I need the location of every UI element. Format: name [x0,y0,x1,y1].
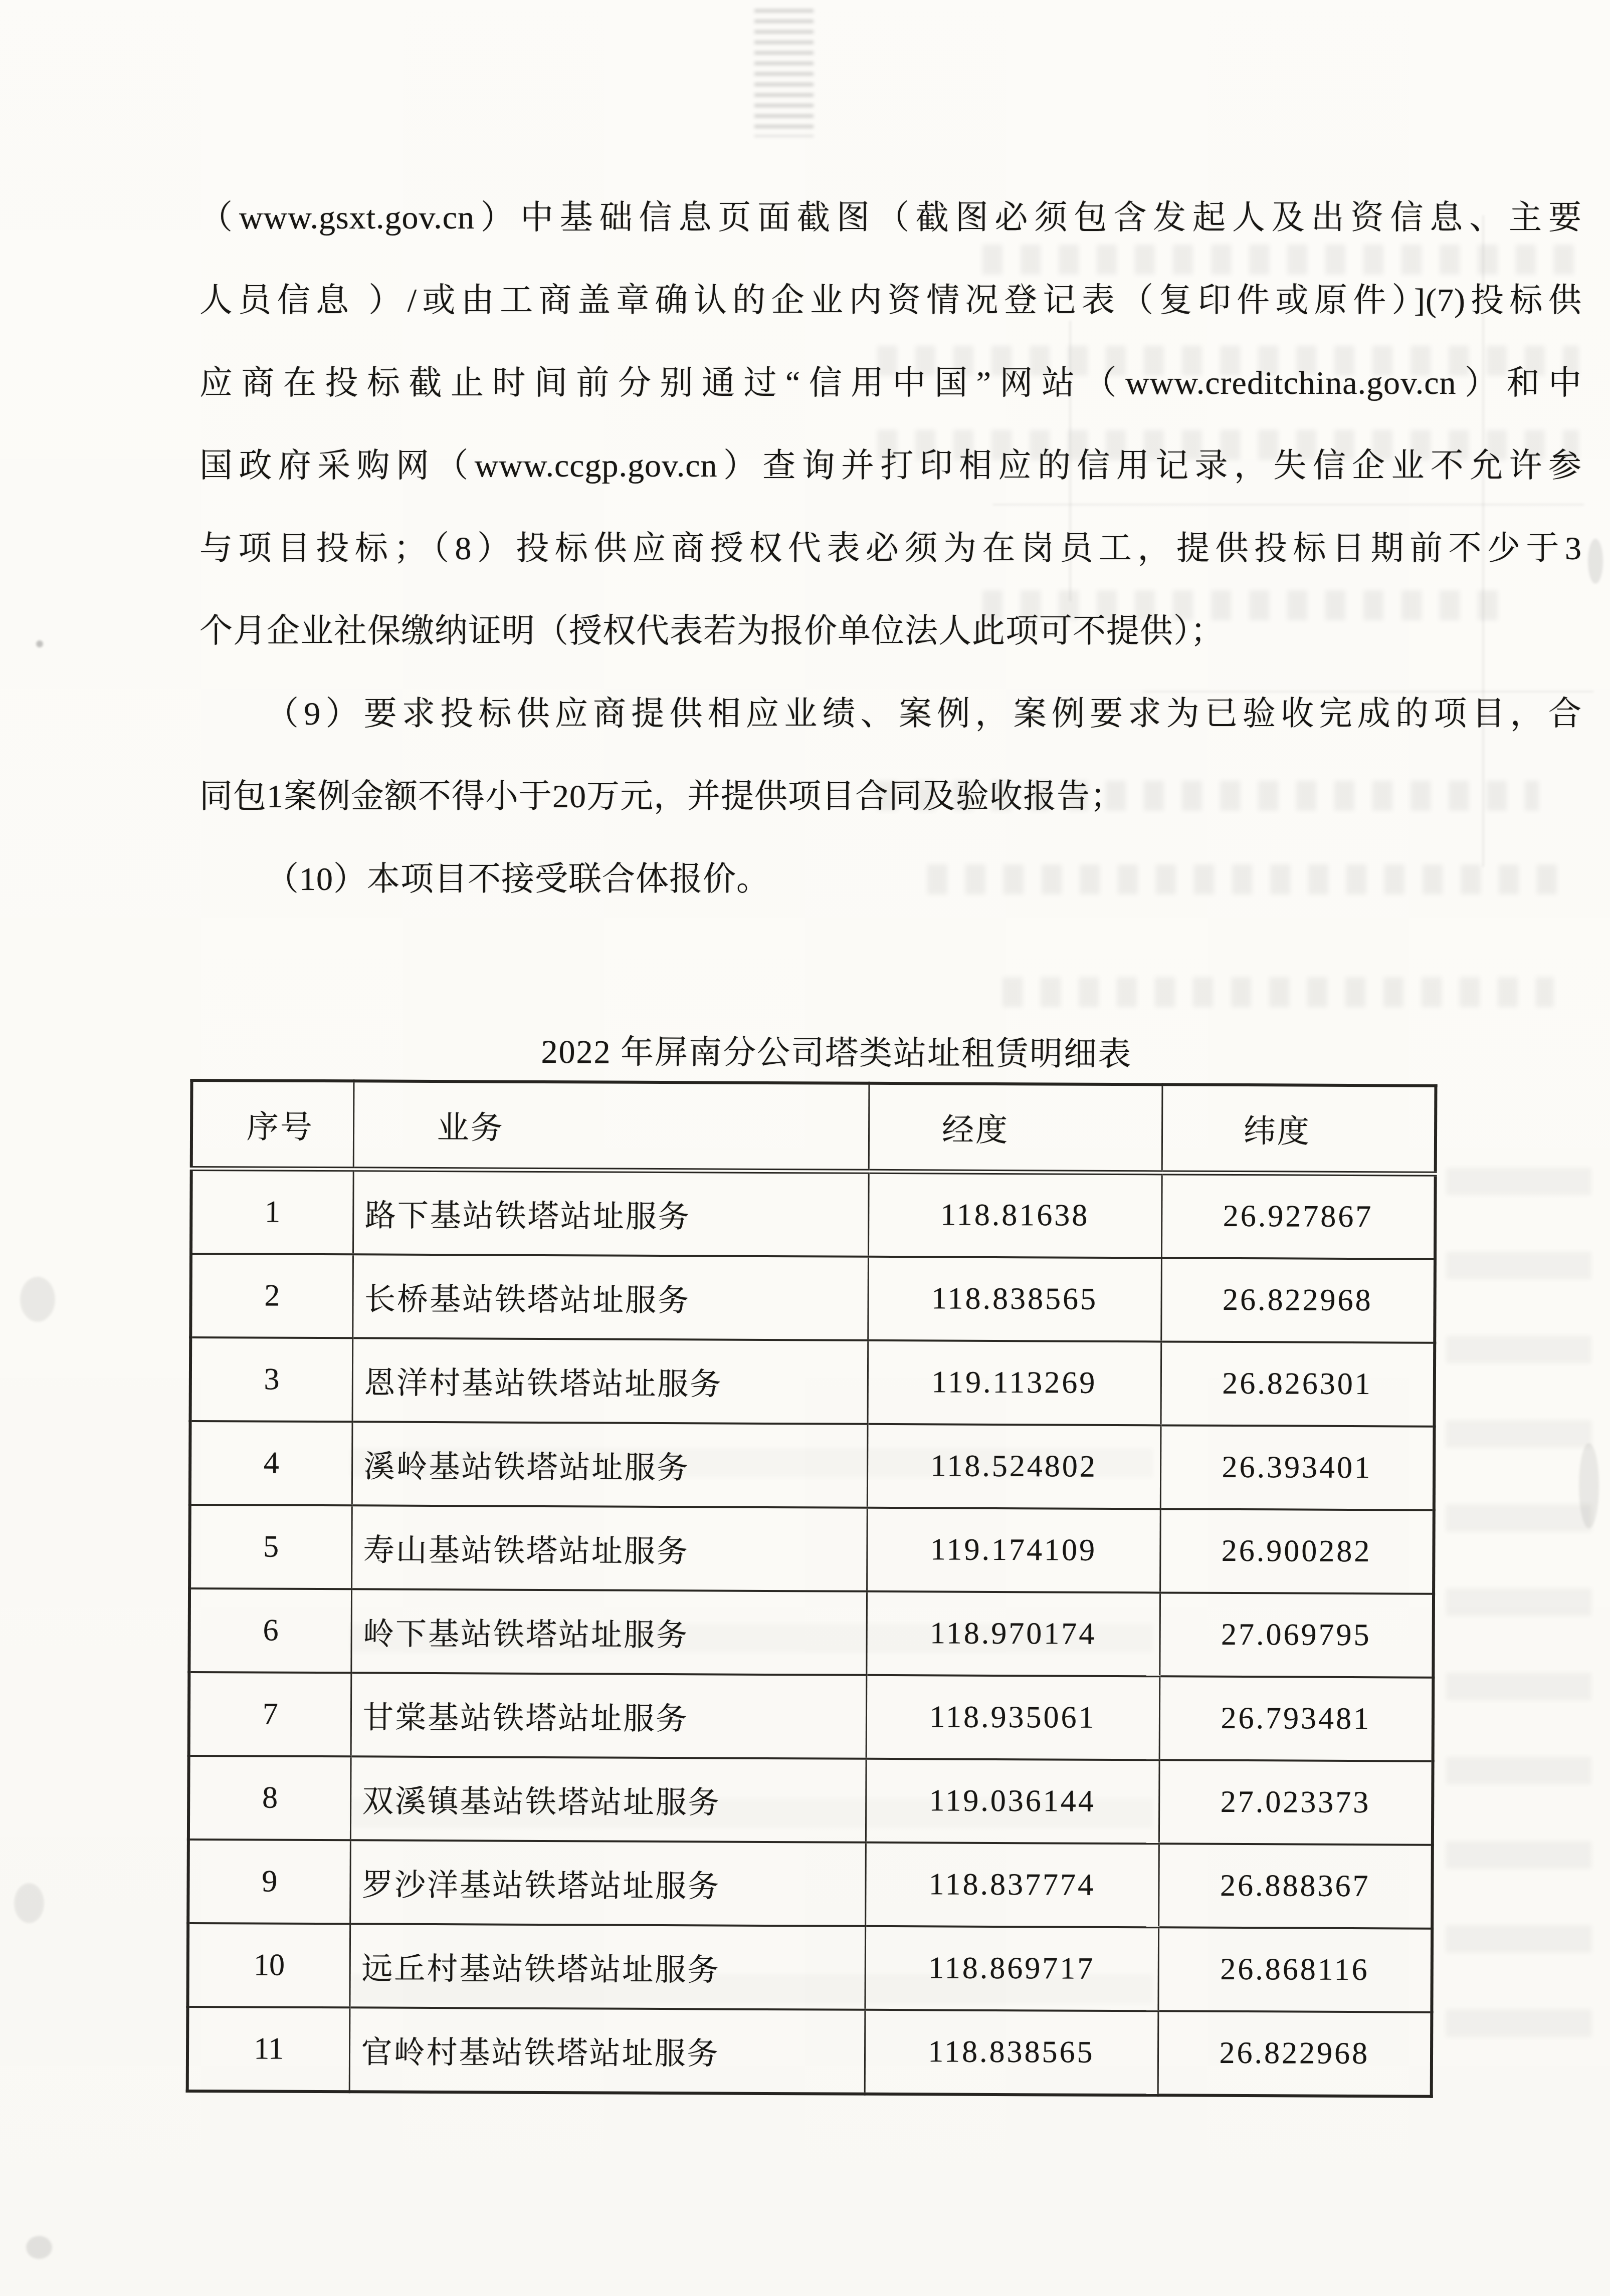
cell-longitude: 118.81638 [868,1172,1162,1258]
text-line-1: （www.gsxt.gov.cn）中基础信息页面截图（截图必须包含发起人及出资信… [199,176,1582,259]
cell-seq: 11 [187,2007,350,2092]
cell-longitude: 118.970174 [866,1591,1160,1677]
table-row: 9 罗沙洋基站铁塔站址服务 118.837774 26.888367 [188,1840,1433,1929]
scan-speck [36,640,43,647]
text-line-8: 同包1案例金额不得小于20万元，并提供项目合同及验收报告； [199,755,1582,838]
tower-site-table: 序号 业务 经度 纬度 1 路下基站铁塔站址服务 118.81638 26.92… [186,1079,1438,2098]
cell-longitude: 119.113269 [868,1340,1161,1426]
cell-longitude: 118.838565 [865,2010,1158,2096]
cell-seq: 3 [190,1337,353,1422]
col-header-seq: 序号 [191,1080,354,1169]
cell-seq: 8 [188,1756,351,1840]
col-header-longitude: 经度 [869,1083,1162,1173]
table-row: 4 溪岭基站铁塔站址服务 118.524802 26.393401 [190,1421,1435,1510]
cell-longitude: 118.838565 [868,1257,1161,1342]
cell-seq: 5 [189,1505,352,1589]
cell-latitude: 26.888367 [1158,1844,1433,1928]
scanned-document-page: （www.gsxt.gov.cn）中基础信息页面截图（截图必须包含发起人及出资信… [0,0,1610,2296]
table-title: 2022 年屏南分公司塔类站址租赁明细表 [215,1023,1459,1084]
cell-business: 岭下基站铁塔站址服务 [351,1589,867,1675]
cell-business: 恩洋村基站铁塔站址服务 [352,1338,868,1424]
cell-latitude: 26.868116 [1158,1927,1432,2012]
cell-latitude: 26.927867 [1161,1173,1436,1259]
table-row: 3 恩洋村基站铁塔站址服务 119.113269 26.826301 [190,1337,1435,1427]
cell-latitude: 26.822968 [1158,2011,1432,2096]
text-line-3: 应商在投标截止时间前分别通过“信用中国”网站（www.creditchina.g… [199,342,1582,424]
cell-business: 甘棠基站铁塔站址服务 [351,1673,867,1758]
cell-business: 路下基站铁塔站址服务 [353,1169,869,1256]
col-header-latitude: 纬度 [1162,1084,1436,1174]
text-line-7: （9）要求投标供应商提供相应业绩、案例，案例要求为已验收完成的项目，合 [199,672,1582,755]
cell-seq: 7 [189,1672,351,1756]
scan-speck [14,1883,44,1923]
cell-longitude: 118.935061 [866,1675,1160,1760]
table-row: 5 寿山基站铁塔站址服务 119.174109 26.900282 [189,1505,1434,1594]
table-row: 10 远丘村基站铁塔站址服务 118.869717 26.868116 [187,1923,1432,2012]
cell-business: 溪岭基站铁塔站址服务 [352,1422,868,1507]
cell-latitude: 27.069795 [1159,1592,1434,1677]
scan-speck [1588,539,1603,584]
cell-latitude: 26.393401 [1160,1425,1435,1510]
cell-latitude: 26.793481 [1159,1676,1434,1761]
cell-seq: 6 [189,1588,351,1673]
bleed-through-right-of-table [1446,1168,1591,2070]
cell-longitude: 119.174109 [867,1508,1160,1593]
table-row: 1 路下基站铁塔站址服务 118.81638 26.927867 [191,1169,1436,1259]
cell-business: 罗沙洋基站铁塔站址服务 [350,1840,866,1926]
cell-longitude: 118.524802 [867,1424,1161,1509]
cell-longitude: 118.869717 [865,1926,1158,2011]
cell-latitude: 26.900282 [1160,1509,1434,1593]
table-row: 7 甘棠基站铁塔站址服务 118.935061 26.793481 [189,1672,1434,1761]
cell-business: 官岭村基站铁塔站址服务 [349,2007,865,2094]
text-line-2: 人员信息 ）/或由工商盖章确认的企业内资情况登记表（复印件或原件）](7)投标供 [199,259,1582,342]
cell-seq: 9 [188,1840,350,1924]
table-row: 8 双溪镇基站铁塔站址服务 119.036144 27.023373 [188,1756,1433,1845]
table-header-row: 序号 业务 经度 纬度 [191,1080,1436,1174]
cell-latitude: 27.023373 [1159,1760,1433,1845]
col-header-business: 业务 [353,1081,869,1171]
cell-seq: 1 [191,1169,353,1254]
cell-business: 远丘村基站铁塔站址服务 [349,1924,865,2009]
cell-latitude: 26.826301 [1161,1341,1435,1426]
text-line-5: 与项目投标；（8）投标供应商授权代表必须为在岗员工，提供投标日期前不少于3 [199,507,1582,590]
cell-seq: 10 [187,1923,350,2007]
cell-business: 长桥基站铁塔站址服务 [352,1254,868,1340]
scan-speck [1579,1443,1599,1528]
bleed-through-text-band [1002,977,1554,1007]
table-row: 6 岭下基站铁塔站址服务 118.970174 27.069795 [189,1588,1434,1678]
cell-business: 寿山基站铁塔站址服务 [351,1505,867,1591]
cell-longitude: 119.036144 [866,1759,1159,1844]
table-row: 11 官岭村基站铁塔站址服务 118.838565 26.822968 [187,2007,1432,2097]
cell-business: 双溪镇基站铁塔站址服务 [350,1756,866,1842]
text-line-4: 国政府采购网（www.ccgp.gov.cn）查询并打印相应的信用记录，失信企业… [199,424,1582,507]
table-row: 2 长桥基站铁塔站址服务 118.838565 26.822968 [190,1254,1435,1343]
scan-speck [20,1277,55,1322]
scan-artifact-top-smudge [754,9,814,137]
cell-seq: 4 [190,1421,352,1505]
cell-latitude: 26.822968 [1161,1258,1435,1342]
cell-seq: 2 [190,1254,353,1338]
text-line-9: （10）本项目不接受联合体报价。 [199,838,1582,921]
cell-longitude: 118.837774 [865,1843,1159,1928]
rental-table-section: 2022 年屏南分公司塔类站址租赁明细表 序号 业务 经度 纬度 1 路下基站铁… [186,1023,1435,2098]
paragraph-block: （www.gsxt.gov.cn）中基础信息页面截图（截图必须包含发起人及出资信… [199,176,1582,921]
text-line-6: 个月企业社保缴纳证明（授权代表若为报价单位法人此项可不提供）； [199,590,1582,672]
scan-speck [26,2236,52,2259]
